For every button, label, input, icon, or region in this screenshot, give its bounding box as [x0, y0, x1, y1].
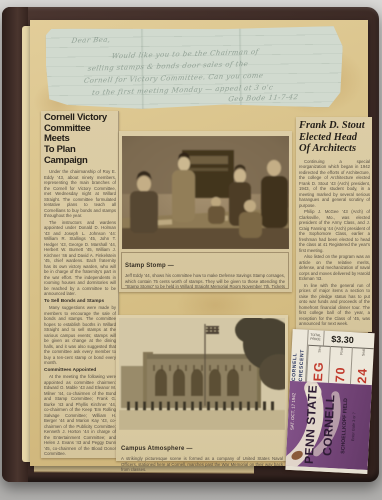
- article-headline: Cornell Victory Committee Meets To Plan …: [44, 113, 116, 166]
- article-subhead: To Sell Bonds and Stamps: [44, 299, 116, 304]
- headline-line: Elected Head: [299, 132, 370, 144]
- note-line: selling stamps & bonds door sales of the: [87, 60, 249, 73]
- article-paragraph: Many suggestions were made by members to…: [44, 305, 116, 366]
- note-signature: Geo Bode 11-7-42: [228, 93, 299, 103]
- ticket-price: $3.30: [331, 333, 354, 344]
- campus-atmosphere-photo: [119, 318, 285, 430]
- article-paragraph: Philip J. McGee '43 (Arch) of Clarksvill…: [299, 209, 370, 253]
- headline-line: Committee Meets: [44, 124, 116, 145]
- note-line: Would like you to be the Chairman of: [111, 48, 259, 60]
- stamp-stomp-caption: Stamp Stomp — Jeff Eddy '44, shows his c…: [121, 252, 289, 289]
- victory-committee-article: Cornell Victory Committee Meets To Plan …: [41, 111, 119, 458]
- note-line: Cornell for Victory Committee. Can you c…: [83, 72, 264, 85]
- article-paragraph: The instructors and wardens appointed un…: [44, 220, 116, 297]
- stout-architects-article: Frank D. Stout Elected Head Of Architect…: [296, 117, 372, 332]
- ticket-purple-panel: SAT. OCT. 17 1942 PENN STATE CORNELL SCH…: [286, 381, 372, 470]
- ticket-row-label: Row: [339, 347, 343, 354]
- campus-atmosphere-clipping: Campus Atmosphere — A strikingly picture…: [116, 315, 288, 461]
- article-paragraph: In line with the general run of prices o…: [299, 283, 370, 327]
- headline-line: Frank D. Stout: [299, 120, 370, 132]
- ticket-row-value: 70: [333, 366, 348, 383]
- article-paragraph: At the meeting the following were appoin…: [44, 374, 116, 457]
- ticket-seat-col: Seat 24: [350, 347, 375, 385]
- ticket-section-col: Sec EG: [306, 345, 331, 383]
- caption-body: Jeff Eddy '44, shows his committee how t…: [125, 273, 285, 289]
- ticket-row-col: Row 70: [328, 346, 353, 384]
- article-subhead: Committees Appointed: [44, 368, 116, 373]
- ticket-edge-word: CRESCENT: [298, 331, 307, 381]
- headline-line: To Plan Campaign: [44, 145, 116, 166]
- handwritten-note: Dear Bea, Would like you to be the Chair…: [46, 25, 344, 111]
- caption-title: Campus Atmosphere —: [121, 446, 193, 452]
- article-paragraph: Continuing a special reorganization whic…: [299, 159, 370, 209]
- ticket-price-label: TOTAL PRICE: [310, 330, 325, 346]
- ticket-seat-value: 24: [355, 367, 370, 384]
- article-paragraph: Also listed on the program was an articl…: [299, 254, 370, 282]
- headline-line: Of Architects: [299, 143, 370, 155]
- stamp-stomp-clipping: Stamp Stomp — Jeff Eddy '44, shows his c…: [119, 131, 292, 292]
- ticket-sec-value: EG: [311, 361, 326, 382]
- caption-title: Stamp Stomp —: [125, 263, 174, 269]
- stamp-stomp-photo: [122, 136, 289, 249]
- football-ticket-stub: CORNELL CRESCENT TOTAL PRICE $3.30 Sec E…: [285, 329, 374, 474]
- article-headline: Frank D. Stout Elected Head Of Architect…: [299, 120, 370, 155]
- note-line: Dear Bea,: [71, 36, 111, 45]
- caption-body: A strikingly picturesque scene is formed…: [121, 456, 283, 473]
- ticket-sec-label: Sec: [318, 346, 322, 352]
- ticket-seat-label: Seat: [361, 349, 365, 357]
- scrapbook-page-photo: Dear Bea, Would like you to be the Chair…: [0, 0, 382, 500]
- article-paragraph: Under the chairmanship of Roy E. Eddy '4…: [44, 169, 116, 219]
